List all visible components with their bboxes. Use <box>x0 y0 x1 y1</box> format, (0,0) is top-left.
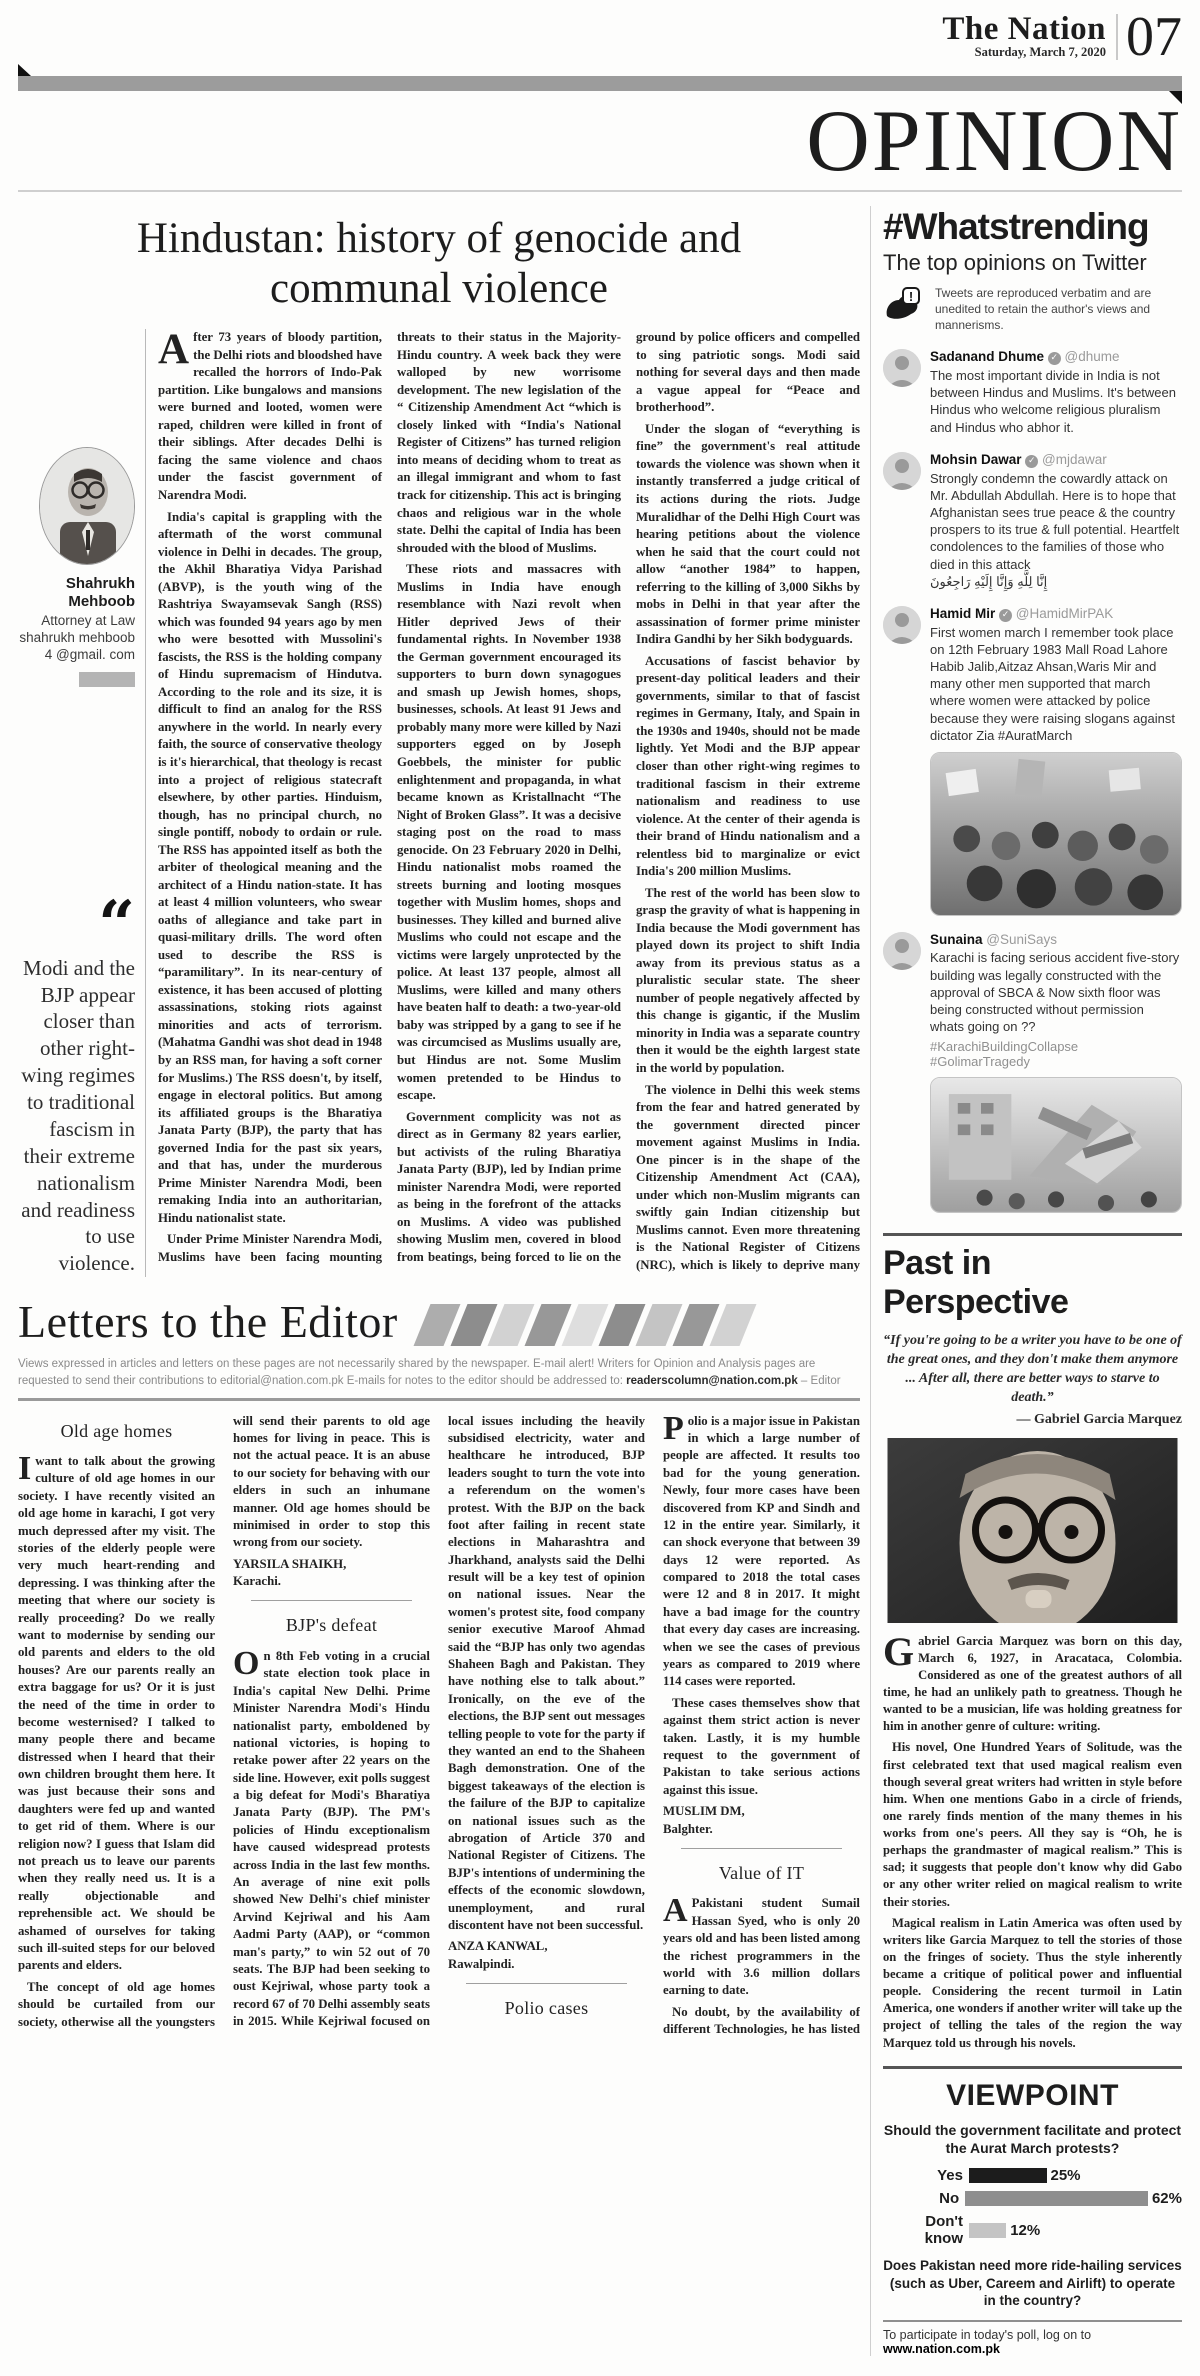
masthead-row: The Nation Saturday, March 7, 2020 07 <box>18 14 1182 62</box>
whatstrending-disclaimer: Tweets are reproduced verbatim and are u… <box>935 286 1182 333</box>
article-paragraph: India's capital is grappling with the af… <box>158 509 382 1228</box>
viewpoint-result-row: Yes25% <box>883 2167 1182 2184</box>
viewpoint-bar <box>965 2191 1148 2206</box>
tweet-photo <box>930 1077 1182 1213</box>
viewpoint-option-label: Don't know <box>883 2213 969 2247</box>
past-paragraph: Gabriel Garcia Marquez was born on this … <box>883 1633 1182 1736</box>
author-logo-block <box>79 672 135 687</box>
main-content: Hindustan: history of genocide and commu… <box>18 206 1182 2355</box>
letter-heading: Old age homes <box>18 1419 215 1443</box>
tweet-text: The most important divide in India is no… <box>930 367 1182 436</box>
article-body: After 73 years of bloody partition, the … <box>158 329 860 1277</box>
viewpoint: VIEWPOINT Should the government facilita… <box>883 2066 1182 2356</box>
letter-paragraph: Polio is a major issue in Pakistan in wh… <box>663 1413 860 1691</box>
verified-badge-icon: ✓ <box>999 609 1012 622</box>
past-paragraph: His novel, One Hundred Years of Solitude… <box>883 1739 1182 1910</box>
tweet-body: Sunaina @SuniSaysKarachi is facing serio… <box>930 932 1182 1213</box>
viewpoint-bar <box>969 2223 1006 2238</box>
tweet-text: Karachi is facing serious accident five-… <box>930 949 1182 1035</box>
tweet-header: Hamid Mir ✓ @HamidMirPAK <box>930 606 1182 622</box>
paper-date: Saturday, March 7, 2020 <box>942 45 1106 60</box>
tweet-author-name: Hamid Mir <box>930 606 995 621</box>
letter-divider <box>681 1848 842 1849</box>
past-in-perspective-body: Gabriel Garcia Marquez was born on this … <box>883 1633 1182 2052</box>
letter-divider <box>466 1983 627 1984</box>
letter-heading: Value of IT <box>663 1861 860 1885</box>
tweet-body: Sadanand Dhume ✓ @dhumeThe most importan… <box>930 349 1182 436</box>
letter-signature: MUSLIM DM,Balghter. <box>663 1803 860 1838</box>
tweet-avatar <box>883 452 921 490</box>
letters-decorative-slashes <box>422 1304 748 1346</box>
tweet-body: Hamid Mir ✓ @HamidMirPAKFirst women marc… <box>930 606 1182 917</box>
header-bar <box>18 76 1182 91</box>
tweet: Sunaina @SuniSaysKarachi is facing serio… <box>883 932 1182 1213</box>
tweet-header: Sadanand Dhume ✓ @dhume <box>930 349 1182 365</box>
viewpoint-percentage: 62% <box>1148 2190 1182 2207</box>
viewpoint-next-question: Does Pakistan need more ride-hailing ser… <box>883 2257 1182 2310</box>
viewpoint-question: Should the government facilitate and pro… <box>883 2121 1182 2157</box>
letter-location: Rawalpindi. <box>448 1957 515 1971</box>
letters-disclaimer: Views expressed in articles and letters … <box>18 1356 860 1389</box>
letters-title: Letters to the Editor <box>18 1295 398 1348</box>
viewpoint-title: VIEWPOINT <box>883 2079 1182 2113</box>
letter-paragraph: I want to talk about the growing culture… <box>18 1453 215 1975</box>
viewpoint-results: Yes25%No62%Don't know12% <box>883 2167 1182 2247</box>
letter-signature: YARSILA SHAIKH,Karachi. <box>233 1556 430 1591</box>
article: Shahrukh Mehboob Attorney at Law shahruk… <box>18 329 860 1277</box>
letter-heading: Polio cases <box>448 1996 645 2020</box>
letters-disclaimer-tail: – Editor <box>798 1375 841 1387</box>
viewpoint-participate-text: To participate in today's poll, log on t… <box>883 2328 1091 2342</box>
tweet: Sadanand Dhume ✓ @dhumeThe most importan… <box>883 349 1182 436</box>
past-in-perspective: Past in Perspective “If you're going to … <box>883 1233 1182 2052</box>
left-zone: Hindustan: history of genocide and commu… <box>18 206 860 2355</box>
tweet-photo <box>930 752 1182 917</box>
section-title: OPINION <box>18 97 1182 187</box>
whatstrending-title: #Whatstrending <box>883 206 1182 248</box>
masthead: The Nation Saturday, March 7, 2020 <box>942 14 1118 60</box>
whatstrending-note: ! Tweets are reproduced verbatim and are… <box>883 286 1182 333</box>
page-number: 07 <box>1118 14 1182 62</box>
author-name: Shahrukh Mehboob <box>18 575 135 611</box>
viewpoint-option-label: No <box>883 2190 965 2207</box>
past-quote: “If you're going to be a writer you have… <box>883 1332 1182 1408</box>
marquez-photo <box>883 1438 1182 1623</box>
tweet-handle: @HamidMirPAK <box>1012 606 1113 621</box>
tweet-author-name: Mohsin Dawar <box>930 452 1022 467</box>
author-email: shahrukh mehboob4 @gmail. com <box>18 630 135 664</box>
tweet: Hamid Mir ✓ @HamidMirPAKFirst women marc… <box>883 606 1182 917</box>
past-in-perspective-title: Past in Perspective <box>883 1244 1182 1322</box>
viewpoint-footer: To participate in today's poll, log on t… <box>883 2320 1182 2356</box>
pull-quote-group: “ Modi and the BJP appear closer than ot… <box>18 906 135 1277</box>
past-quote-attribution: — Gabriel Garcia Marquez <box>883 1412 1182 1428</box>
tweet-author-name: Sunaina <box>930 932 983 947</box>
tweet: Mohsin Dawar ✓ @mjdawarStrongly condemn … <box>883 452 1182 590</box>
viewpoint-result-row: No62% <box>883 2190 1182 2207</box>
article-paragraph: The rest of the world has been slow to g… <box>636 885 860 1078</box>
viewpoint-option-label: Yes <box>883 2167 969 2184</box>
letter-author: MUSLIM DM, <box>663 1804 745 1818</box>
tweet-body: Mohsin Dawar ✓ @mjdawarStrongly condemn … <box>930 452 1182 590</box>
svg-text:!: ! <box>909 289 913 304</box>
tweet-text: Strongly condemn the cowardly attack on … <box>930 470 1182 590</box>
letter-divider <box>251 1600 412 1601</box>
tweet-avatar <box>883 349 921 387</box>
tweet-avatar <box>883 606 921 644</box>
letter-location: Karachi. <box>233 1574 281 1588</box>
tweet-hashtags: #KarachiBuildingCollapse #GolimarTragedy <box>930 1039 1182 1069</box>
letters-rule <box>18 1398 860 1401</box>
past-paragraph: Magical realism in Latin America was oft… <box>883 1915 1182 2052</box>
twitter-bird-icon: ! <box>883 286 927 331</box>
tweets-list: Sadanand Dhume ✓ @dhumeThe most importan… <box>883 349 1182 1213</box>
article-paragraph: After 73 years of bloody partition, the … <box>158 329 382 504</box>
header-rule <box>18 190 1182 192</box>
letter-signature: ANZA KANWAL,Rawalpindi. <box>448 1938 645 1973</box>
letter-author: YARSILA SHAIKH, <box>233 1557 346 1571</box>
letter-heading: BJP's defeat <box>233 1613 430 1637</box>
author-portrait-photo <box>39 447 135 565</box>
tweet-avatar <box>883 932 921 970</box>
whatstrending-subtitle: The top opinions on Twitter <box>883 250 1182 276</box>
author-rail: Shahrukh Mehboob Attorney at Law shahruk… <box>18 329 146 1277</box>
tweet-header: Sunaina @SuniSays <box>930 932 1182 947</box>
article-headline: Hindustan: history of genocide and commu… <box>18 206 860 329</box>
letters-header: Letters to the Editor <box>18 1295 860 1348</box>
viewpoint-participate-url: www.nation.com.pk <box>883 2342 1000 2356</box>
letters-editor-email: readerscolumn@nation.com.pk <box>626 1375 798 1387</box>
viewpoint-result-row: Don't know12% <box>883 2213 1182 2247</box>
author-role: Attorney at Law <box>41 613 135 630</box>
verified-badge-icon: ✓ <box>1048 352 1061 365</box>
letter-author: ANZA KANWAL, <box>448 1939 548 1953</box>
viewpoint-bar <box>969 2168 1047 2183</box>
letters-columns: Old age homesI want to talk about the gr… <box>18 1413 860 2041</box>
tweet-text: First women march I remember took place … <box>930 624 1182 744</box>
author-portrait-icon <box>40 448 135 565</box>
right-rail: #Whatstrending The top opinions on Twitt… <box>870 206 1182 2355</box>
paper-title: The Nation <box>942 14 1106 45</box>
letter-paragraph: These cases themselves show that against… <box>663 1695 860 1799</box>
pull-quote: Modi and the BJP appear closer than othe… <box>18 955 135 1278</box>
tweet-author-name: Sadanand Dhume <box>930 349 1044 364</box>
tweet-handle: @SuniSays <box>983 932 1058 947</box>
letter-location: Balghter. <box>663 1822 713 1836</box>
quote-mark-icon: “ <box>18 906 135 944</box>
article-paragraph: These riots and massacres with Muslims i… <box>397 561 621 1104</box>
verified-badge-icon: ✓ <box>1025 455 1038 468</box>
viewpoint-percentage: 25% <box>1047 2167 1081 2184</box>
tweet-handle: @mjdawar <box>1038 452 1106 467</box>
newspaper-page: The Nation Saturday, March 7, 2020 07 OP… <box>0 0 1200 2376</box>
article-paragraph: Under the slogan of “everything is fine”… <box>636 421 860 649</box>
letter-paragraph: A Pakistani student Sumail Hassan Syed, … <box>663 1895 860 1999</box>
tweet-handle: @dhume <box>1061 349 1120 364</box>
tweet-header: Mohsin Dawar ✓ @mjdawar <box>930 452 1182 468</box>
article-paragraph: Accusations of fascist behavior by prese… <box>636 653 860 881</box>
viewpoint-percentage: 12% <box>1006 2222 1040 2239</box>
